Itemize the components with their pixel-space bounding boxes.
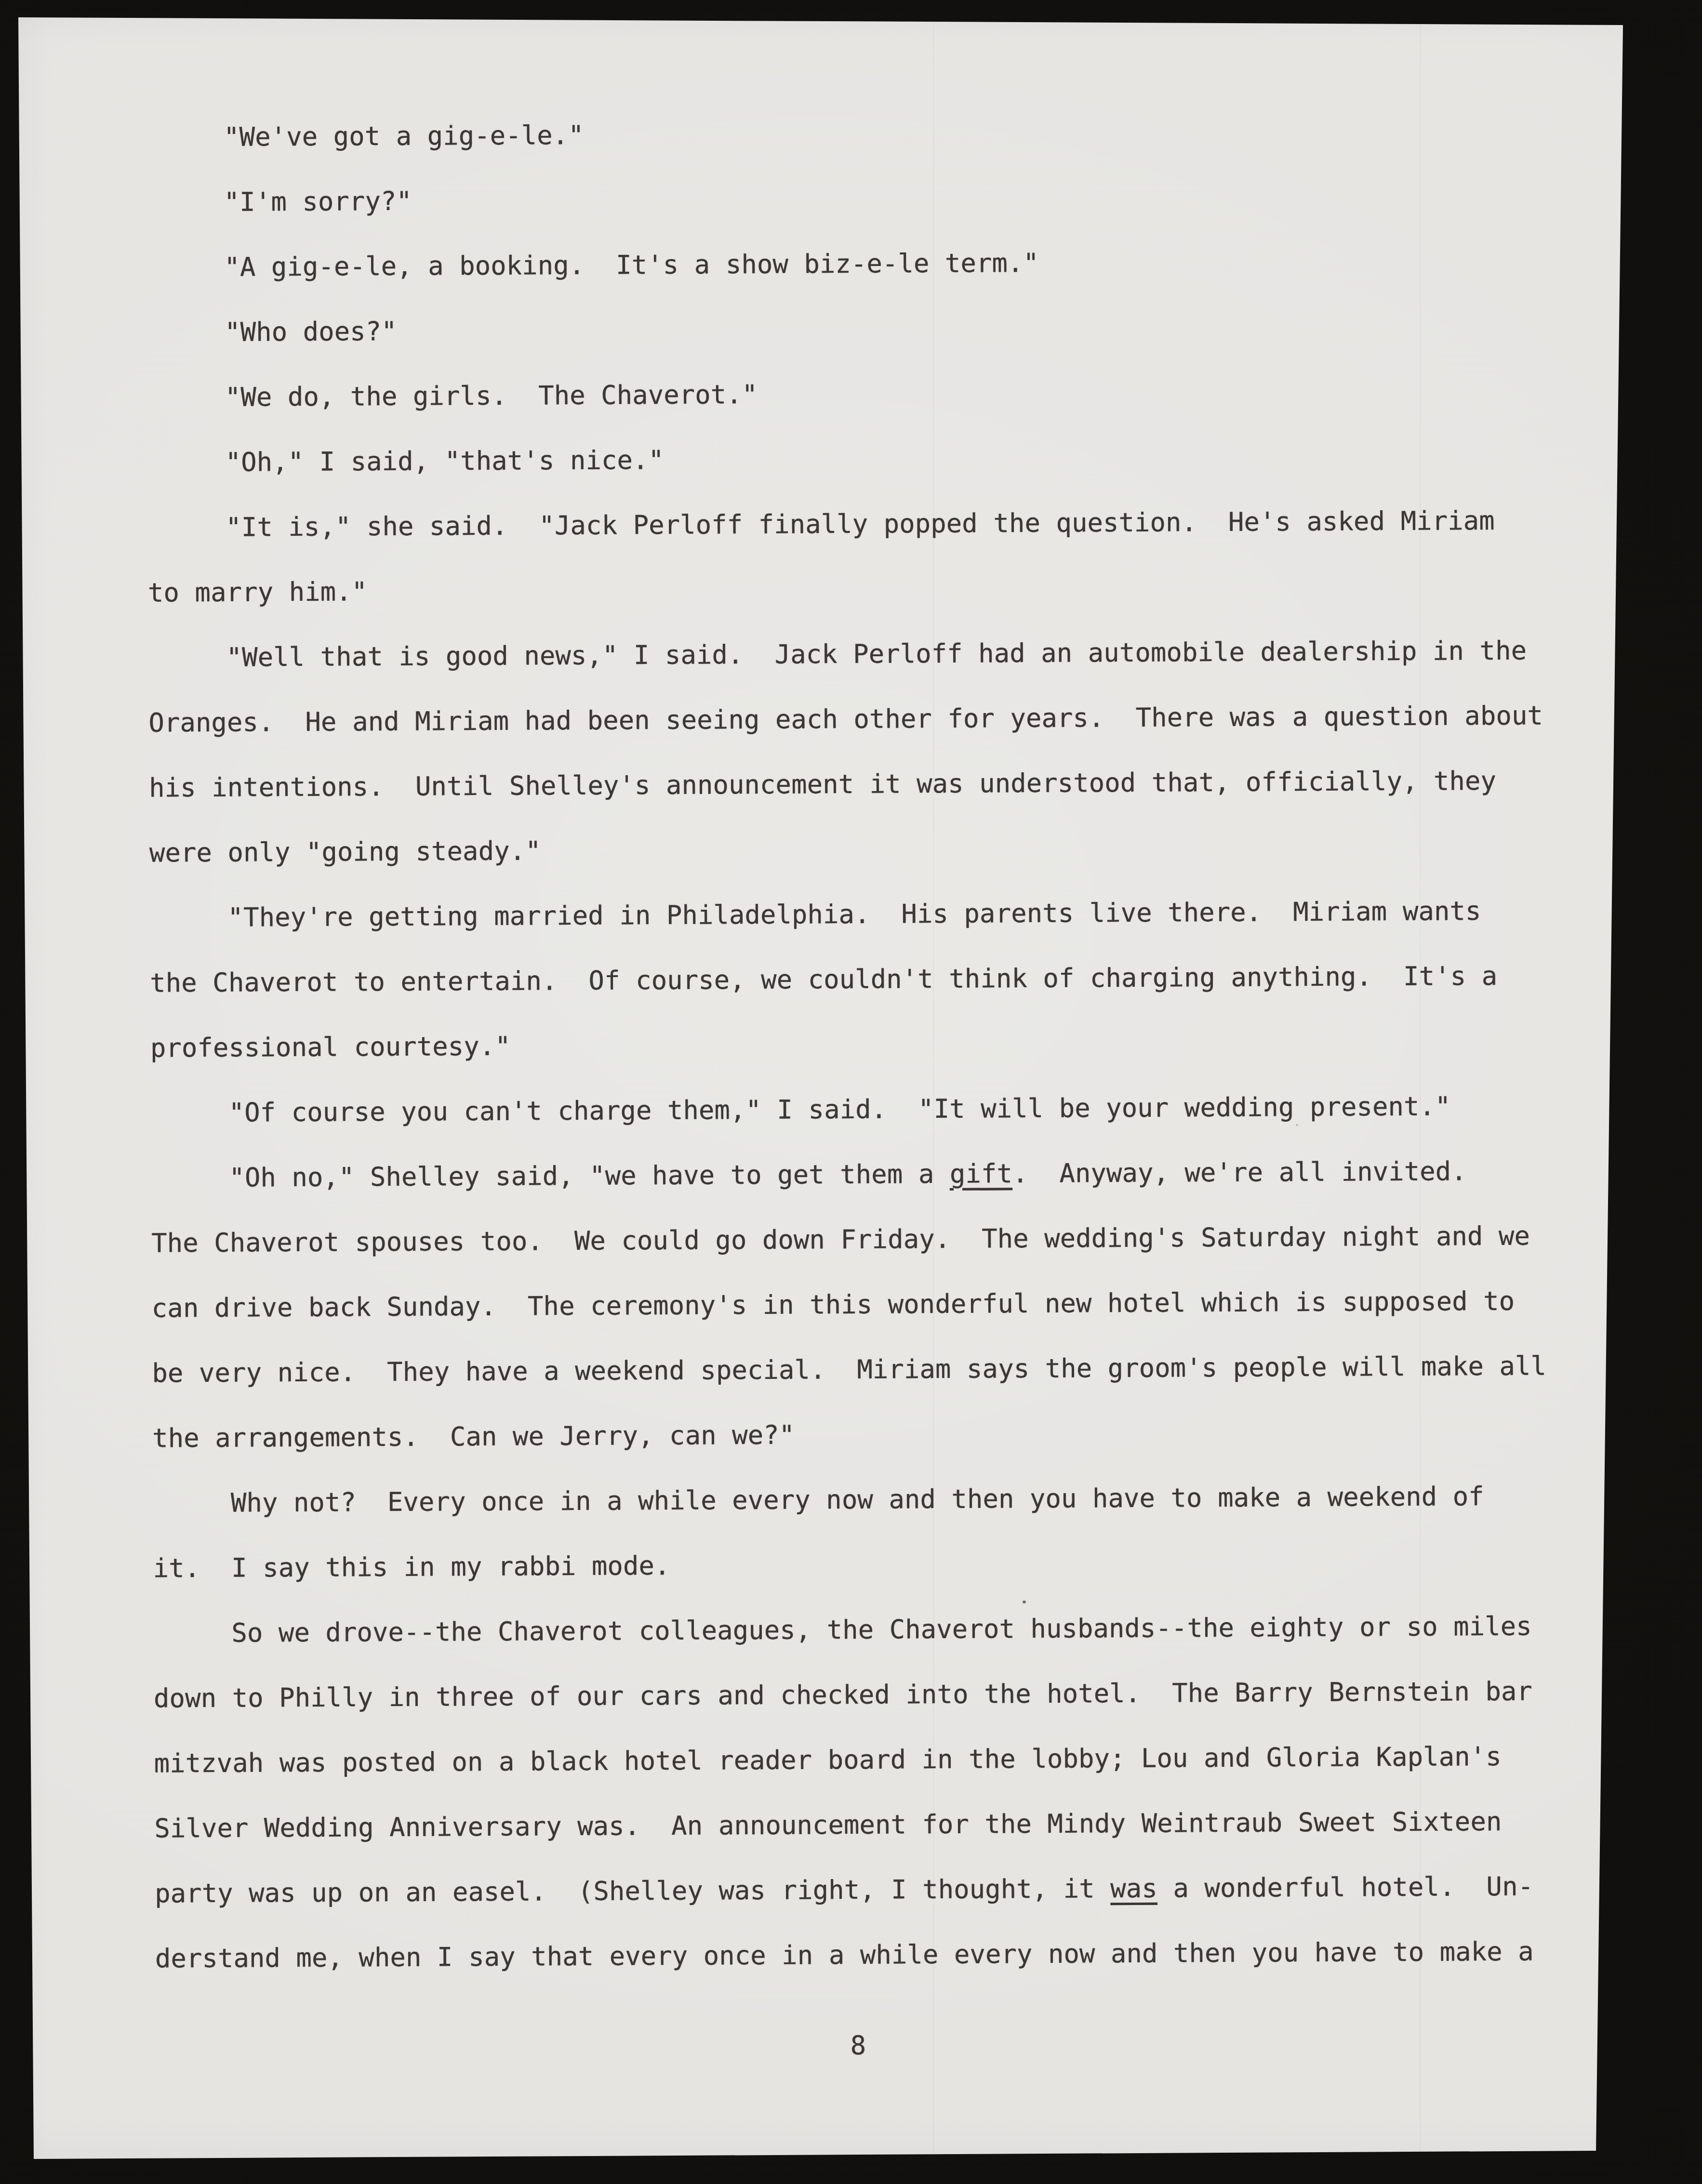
manuscript-page: "We've got a gig-e-le.""I'm sorry?""A gi… xyxy=(0,0,1702,2184)
typewritten-line: "Oh no," Shelley said, "we have to get t… xyxy=(151,1138,1556,1210)
typewritten-line: party was up on an easel. (Shelley was r… xyxy=(155,1853,1560,1926)
typewritten-line: "Well that is good news," I said. Jack P… xyxy=(148,618,1554,690)
text-segment: down to Philly in three of our cars and … xyxy=(154,1676,1532,1714)
text-segment: Silver Wedding Anniversary was. An annou… xyxy=(154,1806,1502,1844)
text-segment: "A gig-e-le, a booking. It's a show biz-… xyxy=(224,248,1039,282)
text-segment: "Oh no," Shelley said, "we have to get t… xyxy=(229,1159,950,1193)
typewritten-line: mitzvah was posted on a black hotel read… xyxy=(154,1723,1559,1796)
text-segment: "It is," she said. "Jack Perloff finally… xyxy=(226,505,1495,543)
typewritten-line: the arrangements. Can we Jerry, can we?" xyxy=(152,1398,1558,1470)
typewritten-line: derstand me, when I say that every once … xyxy=(155,1919,1560,1991)
screenshot-root: { "page": { "kind": "typewritten-manuscr… xyxy=(0,0,1702,2184)
typewritten-line: "Oh," I said, "that's nice." xyxy=(147,423,1553,495)
text-segment: professional courtesy." xyxy=(150,1031,511,1063)
typewritten-line: "They're getting married in Philadelphia… xyxy=(149,878,1555,950)
text-segment: party was up on an easel. (Shelley was r… xyxy=(155,1873,1110,1908)
typewritten-line: were only "going steady." xyxy=(149,813,1555,885)
typewritten-line: The Chaverot spouses too. We could go do… xyxy=(151,1203,1557,1275)
text-segment: . Anyway, we're all invited. xyxy=(1012,1156,1467,1189)
text-segment: to marry him." xyxy=(148,576,367,608)
typewritten-line: his intentions. Until Shelley's announce… xyxy=(149,748,1555,820)
typewritten-line: "Who does?" xyxy=(146,292,1552,365)
text-segment: it. I say this in my rabbi mode. xyxy=(153,1550,670,1584)
typewritten-line: Why not? Every once in a while every now… xyxy=(153,1463,1558,1535)
text-segment: The Chaverot spouses too. We could go do… xyxy=(151,1221,1530,1258)
text-segment: derstand me, when I say that every once … xyxy=(155,1936,1534,1974)
typewritten-line: it. I say this in my rabbi mode. xyxy=(153,1528,1558,1601)
text-segment: "Well that is good news," I said. Jack P… xyxy=(226,635,1527,673)
typed-text-block: "We've got a gig-e-le.""I'm sorry?""A gi… xyxy=(146,97,1561,2085)
text-segment: the arrangements. Can we Jerry, can we?" xyxy=(152,1420,795,1454)
text-segment: the Chaverot to entertain. Of course, we… xyxy=(150,961,1497,998)
underlined-word: was xyxy=(1110,1873,1157,1904)
page-number: 8 xyxy=(155,2009,1561,2081)
text-segment: his intentions. Until Shelley's announce… xyxy=(149,766,1496,803)
typewritten-line: Oranges. He and Miriam had been seeing e… xyxy=(148,683,1554,755)
typewritten-line: "I'm sorry?" xyxy=(146,162,1551,235)
typewritten-line: Silver Wedding Anniversary was. An annou… xyxy=(154,1788,1560,1861)
text-segment: Why not? Every once in a while every now… xyxy=(231,1481,1484,1518)
typewritten-line: "We've got a gig-e-le." xyxy=(146,97,1551,170)
typewritten-line: professional courtesy." xyxy=(150,1008,1556,1080)
typewritten-line: be very nice. They have a weekend specia… xyxy=(152,1333,1557,1405)
text-segment: "Oh," I said, "that's nice." xyxy=(225,445,664,477)
text-segment: "I'm sorry?" xyxy=(224,186,412,217)
underlined-word: gift xyxy=(950,1158,1012,1189)
typewritten-line: "A gig-e-le, a booking. It's a show biz-… xyxy=(146,227,1552,300)
typewritten-line: the Chaverot to entertain. Of course, we… xyxy=(150,943,1556,1015)
text-segment: were only "going steady." xyxy=(149,835,541,868)
typewritten-line: "Of course you can't charge them," I sai… xyxy=(150,1073,1556,1145)
typewritten-line: can drive back Sunday. The ceremony's in… xyxy=(151,1268,1557,1340)
text-segment: "Who does?" xyxy=(225,316,397,347)
text-segment: Oranges. He and Miriam had been seeing e… xyxy=(148,700,1543,738)
text-segment: be very nice. They have a weekend specia… xyxy=(152,1350,1546,1388)
photo-backdrop: "We've got a gig-e-le.""I'm sorry?""A gi… xyxy=(0,0,1702,2184)
typewritten-line: "It is," she said. "Jack Perloff finally… xyxy=(147,488,1553,560)
text-segment: "They're getting married in Philadelphia… xyxy=(227,896,1481,933)
text-segment: "We do, the girls. The Chaverot." xyxy=(225,379,758,412)
typewritten-line: down to Philly in three of our cars and … xyxy=(154,1658,1559,1731)
text-segment: mitzvah was posted on a black hotel read… xyxy=(154,1741,1502,1779)
text-segment: can drive back Sunday. The ceremony's in… xyxy=(152,1286,1515,1324)
text-segment: "We've got a gig-e-le." xyxy=(224,120,584,152)
typewritten-line: to marry him." xyxy=(148,553,1554,625)
text-segment: So we drove--the Chaverot colleagues, th… xyxy=(231,1611,1532,1648)
typewritten-line: "We do, the girls. The Chaverot." xyxy=(147,357,1553,430)
text-segment: a wonderful hotel. Un- xyxy=(1157,1871,1534,1904)
text-segment: "Of course you can't charge them," I sai… xyxy=(228,1091,1450,1128)
typewritten-line: So we drove--the Chaverot colleagues, th… xyxy=(153,1593,1559,1666)
